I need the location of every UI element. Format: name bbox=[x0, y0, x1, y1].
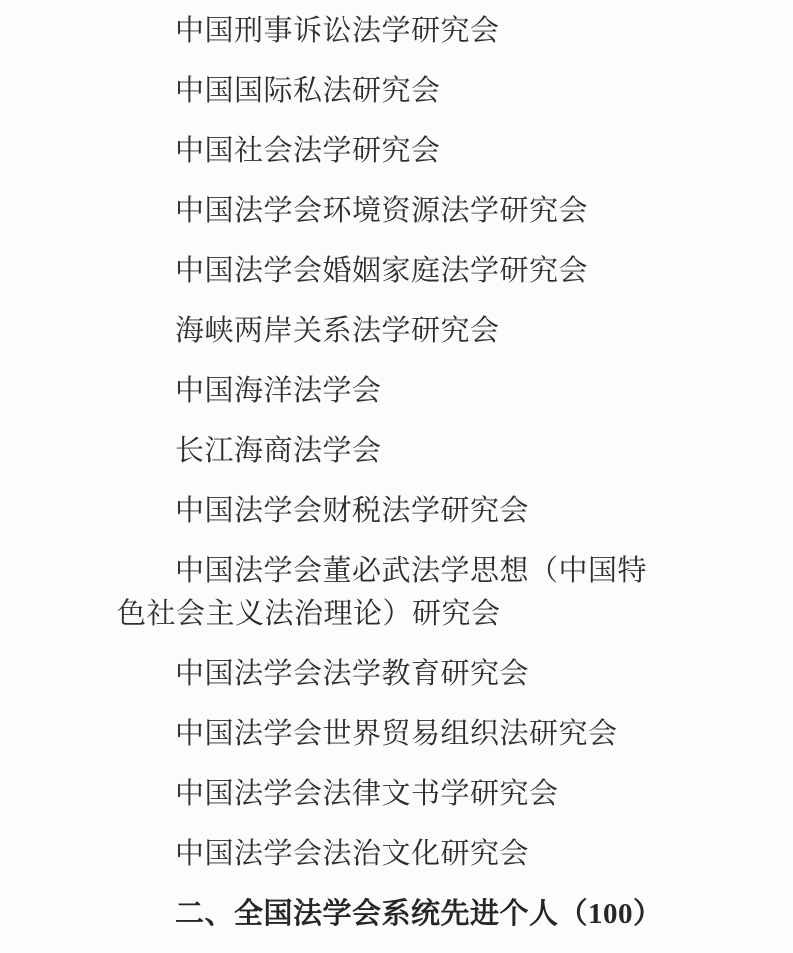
society-list-item: 中国法学会环境资源法学研究会 bbox=[117, 190, 676, 233]
society-list-item: 中国法学会世界贸易组织法研究会 bbox=[117, 713, 676, 756]
society-list-item: 中国海洋法学会 bbox=[117, 370, 676, 413]
section-heading: 二、全国法学会系统先进个人（100） bbox=[117, 893, 676, 936]
society-list-item: 中国社会法学研究会 bbox=[117, 130, 676, 173]
society-list-item: 中国法学会法治文化研究会 bbox=[117, 833, 676, 876]
society-list-item: 中国法学会董必武法学思想（中国特色社会主义法治理论）研究会 bbox=[117, 550, 676, 636]
society-list-item: 海峡两岸关系法学研究会 bbox=[117, 310, 676, 353]
document-page: 中国刑事诉讼法学研究会 中国国际私法研究会 中国社会法学研究会 中国法学会环境资… bbox=[0, 0, 793, 953]
society-list-item: 中国法学会财税法学研究会 bbox=[117, 490, 676, 533]
society-list-item: 中国刑事诉讼法学研究会 bbox=[117, 10, 676, 53]
society-list-item: 中国法学会法律文书学研究会 bbox=[117, 773, 676, 816]
society-list-item: 中国国际私法研究会 bbox=[117, 70, 676, 113]
society-list-item: 长江海商法学会 bbox=[117, 430, 676, 473]
society-list-item: 中国法学会婚姻家庭法学研究会 bbox=[117, 250, 676, 293]
society-list-item: 中国法学会法学教育研究会 bbox=[117, 653, 676, 696]
